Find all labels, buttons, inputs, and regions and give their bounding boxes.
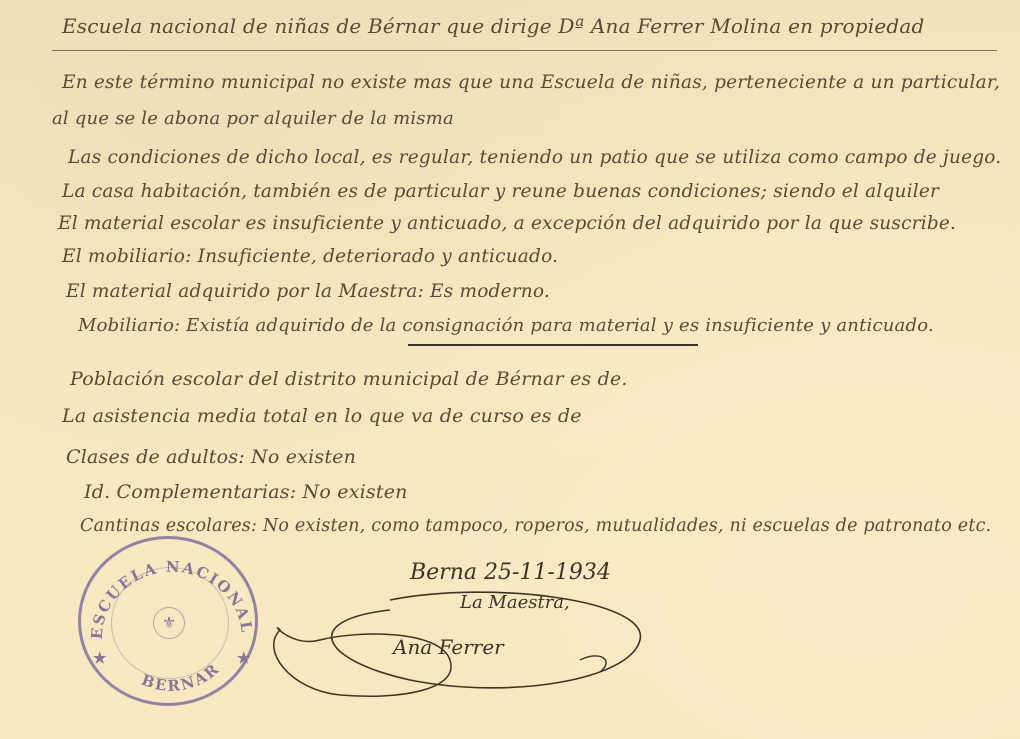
- paragraph-line: El material escolar es insuficiente y an…: [58, 213, 956, 234]
- data-line-cantinas: Cantinas escolares: No existen, como tam…: [80, 516, 991, 536]
- paragraph-line: El material adquirido por la Maestra: Es…: [66, 281, 550, 302]
- underline-consignacion: [408, 344, 698, 346]
- paragraph-line: El mobiliario: Insuficiente, deteriorado…: [62, 246, 558, 267]
- document-title: Escuela nacional de niñas de Bérnar que …: [62, 14, 925, 38]
- school-stamp: ⚜ ESCUELA NACIONAL DE NIÑOS BERNAR ★ ★: [78, 536, 258, 706]
- paragraph-line: La casa habitación, también es de partic…: [62, 181, 939, 202]
- star-icon: ★: [93, 649, 108, 667]
- data-line-adultos: Clases de adultos: No existen: [66, 446, 356, 468]
- title-underline: [52, 50, 997, 51]
- paragraph-line: En este término municipal no existe mas …: [62, 72, 1000, 93]
- stamp-bottom-text: BERNAR: [139, 659, 223, 695]
- star-icon: ★: [237, 649, 252, 667]
- paragraph-line: Las condiciones de dicho local, es regul…: [68, 147, 1001, 168]
- paragraph-line: Mobiliario: Existía adquirido de la cons…: [78, 315, 934, 336]
- data-line-asistencia: La asistencia media total en lo que va d…: [62, 405, 582, 427]
- paragraph-line: al que se le abona por alquiler de la mi…: [52, 108, 454, 129]
- data-line-poblacion: Población escolar del distrito municipal…: [70, 368, 628, 390]
- stamp-text-ring: ESCUELA NACIONAL DE NIÑOS BERNAR ★ ★: [81, 539, 261, 709]
- signature-name: Ana Ferrer: [393, 635, 504, 659]
- stamp-outer-text: ESCUELA NACIONAL DE NIÑOS: [81, 539, 256, 642]
- data-line-complementarias: Id. Complementarias: No existen: [84, 481, 408, 503]
